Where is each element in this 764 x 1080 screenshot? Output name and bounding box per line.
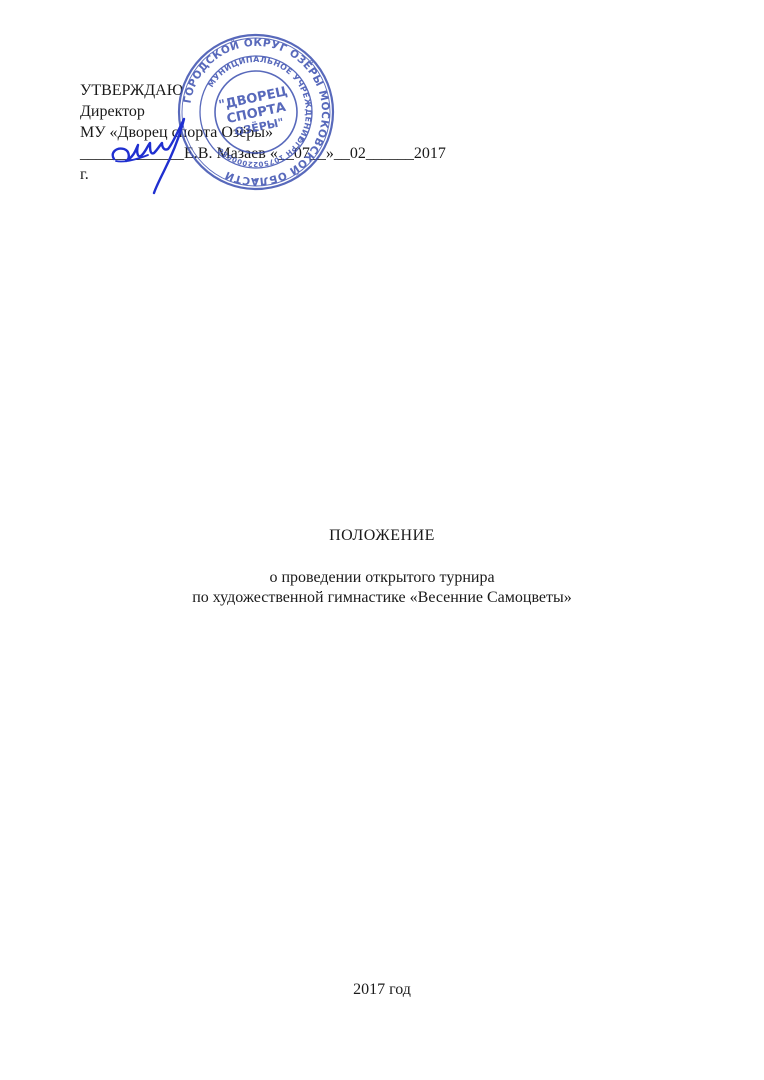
document-subtitle: о проведении открытого турнира по художе… [0, 568, 764, 608]
document-year: 2017 год [0, 980, 764, 1000]
official-stamp: ГОРОДСКОЙ ОКРУГ ОЗЁРЫ МОСКОВСКОЙ ОБЛАСТИ… [176, 32, 336, 192]
svg-text:ОГРН 1075022000080: ОГРН 1075022000080 [217, 135, 305, 168]
document-title: ПОЛОЖЕНИЕ [0, 526, 764, 546]
subtitle-line-1: о проведении открытого турнира [0, 568, 764, 588]
document-page: УТВЕРЖДАЮ Директор МУ «Дворец спорта Озё… [0, 0, 764, 1080]
subtitle-line-2: по художественной гимнастике «Весенние С… [0, 588, 764, 608]
stamp-ogrn: ОГРН 1075022000080 [217, 135, 305, 168]
director-signature [108, 115, 198, 195]
